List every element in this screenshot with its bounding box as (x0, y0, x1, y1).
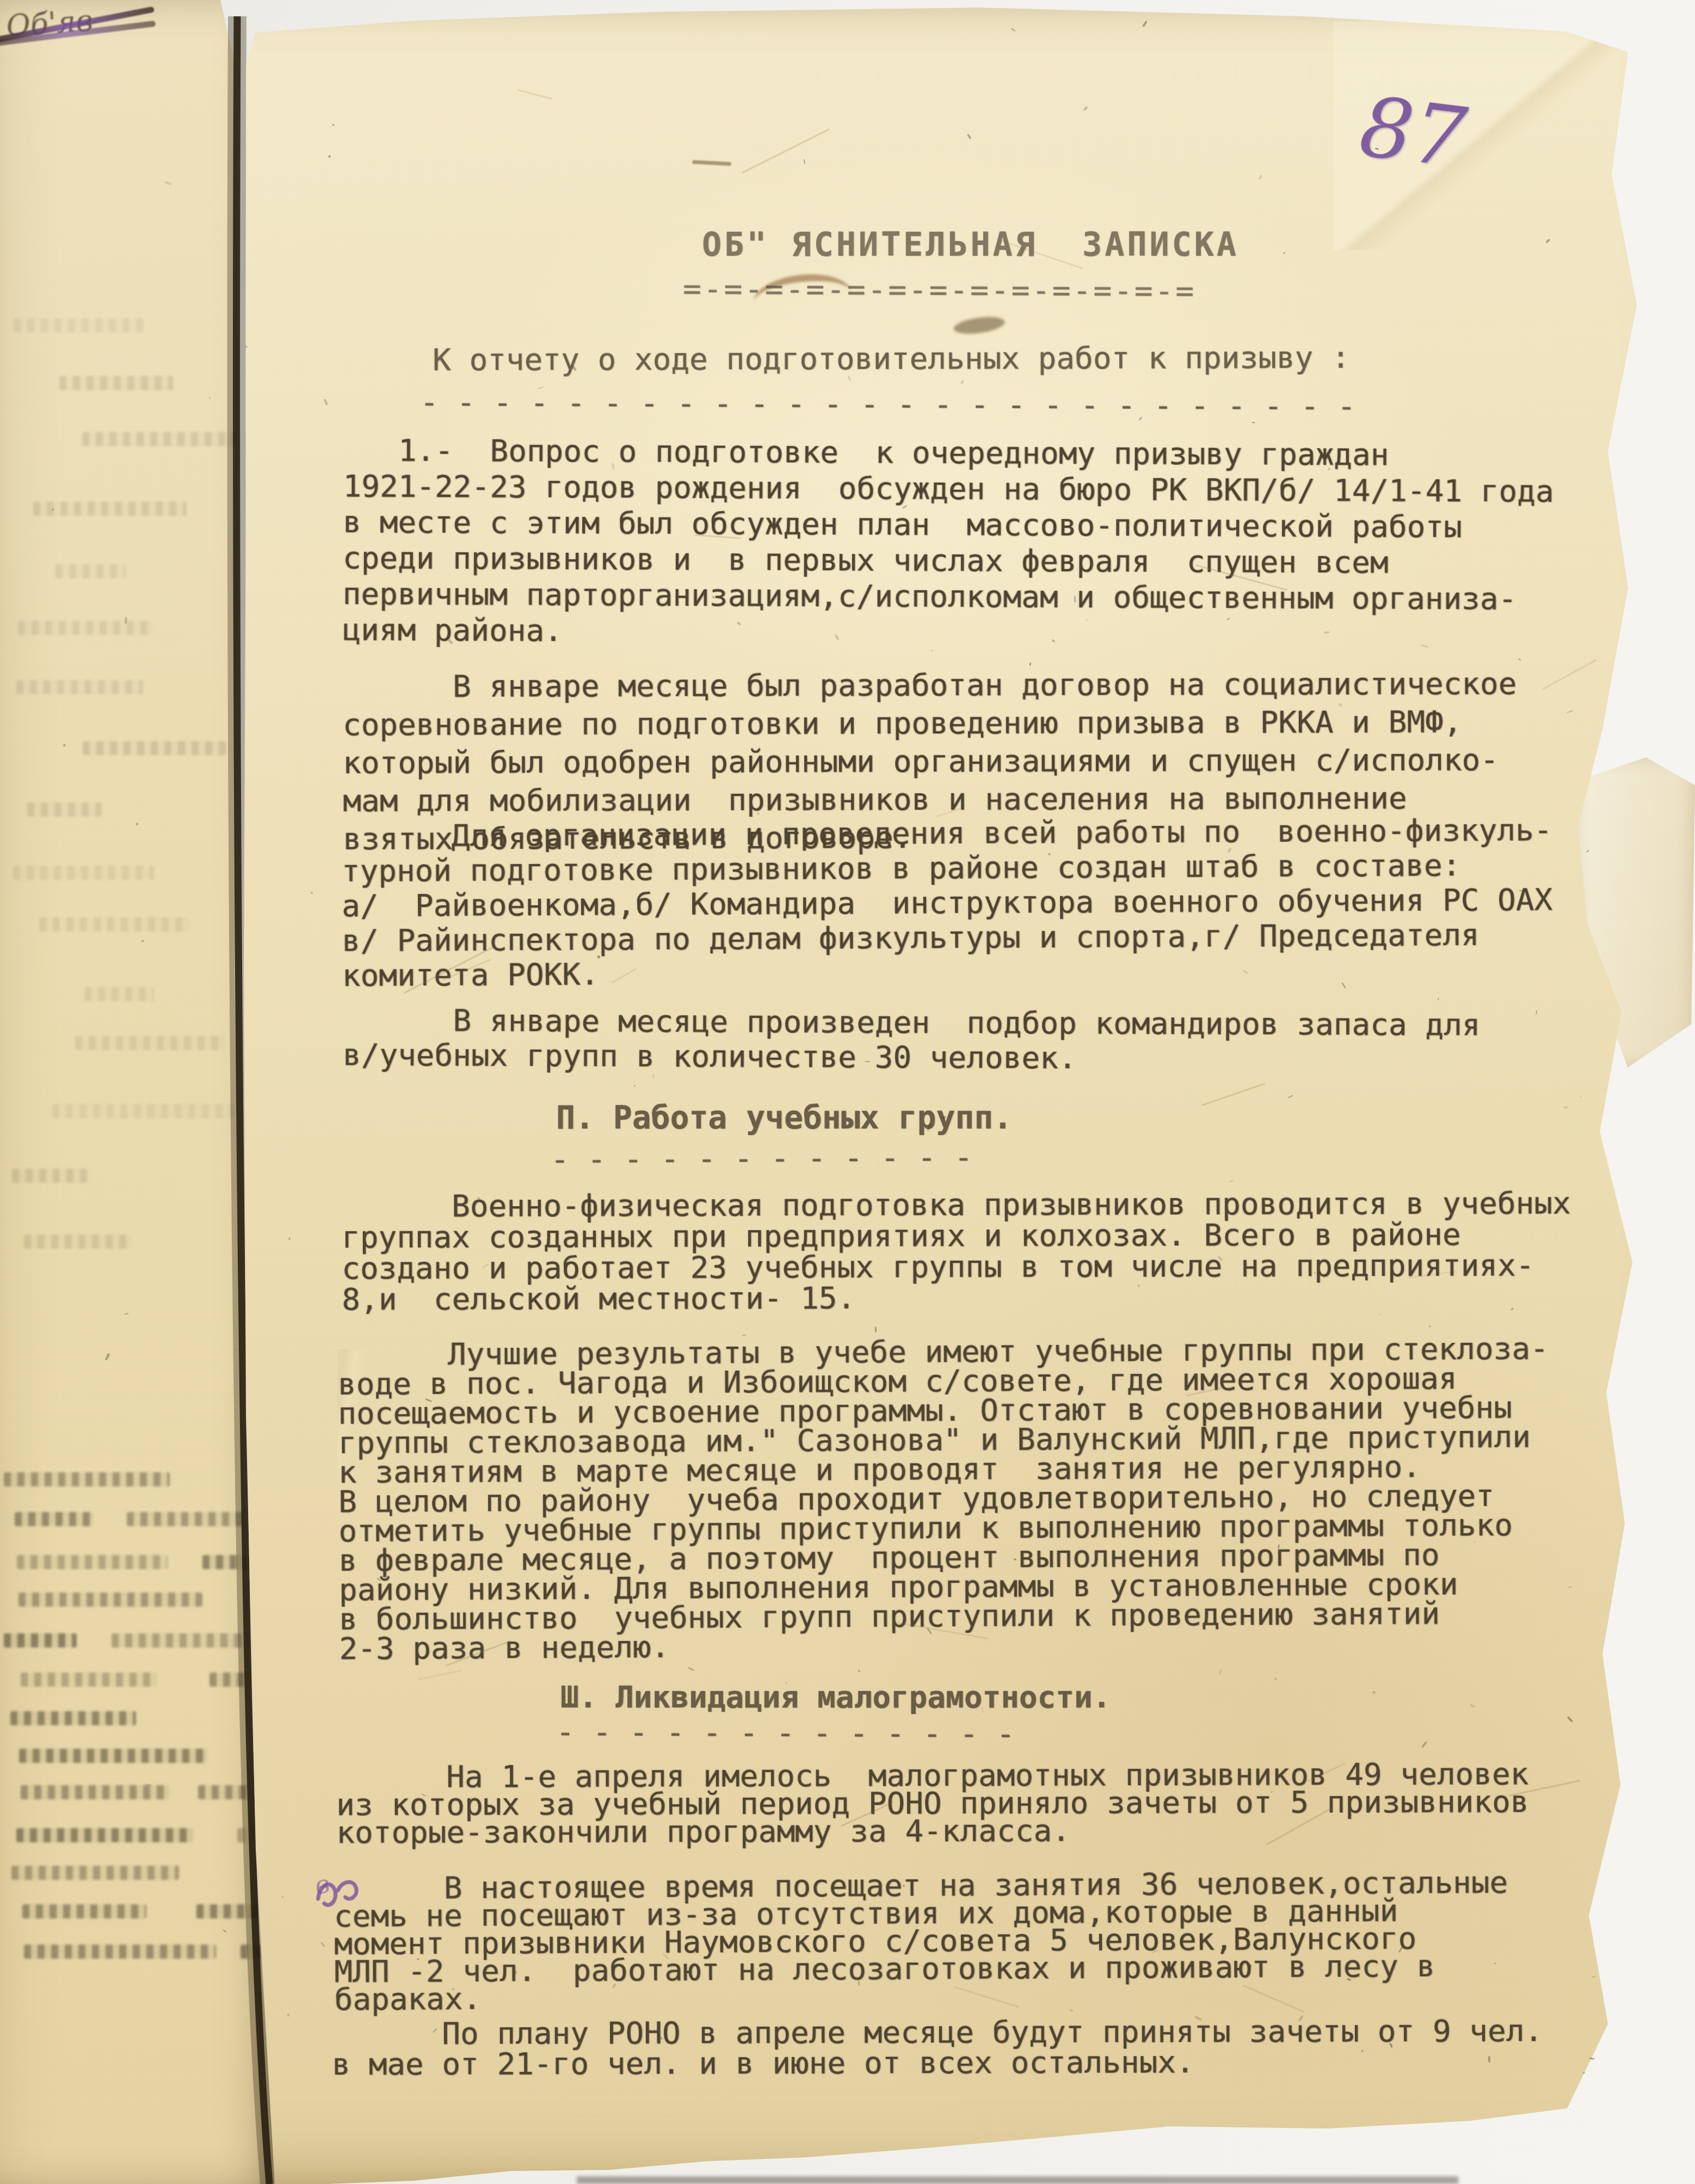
section-3-underline: - - - - - - - - - - - - - (556, 1715, 1015, 1752)
paragraph-1: 1.- Вопрос о подготовке к очередному при… (342, 433, 1554, 653)
paragraph-9: По плану РОНО в апреле месяце будут прин… (332, 2016, 1543, 2080)
section-2-underline: - - - - - - - - - - - - (551, 1140, 973, 1177)
paragraph-5: Военно-физическая подготовка призывников… (342, 1188, 1571, 1315)
paragraph-6: Лучшие результаты в учебе имеют учебные … (337, 1334, 1550, 1664)
photo-scene: 87 Об'яв ОБ" ЯСНИТЕЛЬНАЯ ЗАПИСКА =-=-=-=… (0, 0, 1695, 2184)
document-title: ОБ" ЯСНИТЕЛЬНАЯ ЗАПИСКА (702, 227, 1239, 262)
left-page (0, 0, 283, 2184)
subtitle-underline: - - - - - - - - - - - - - - - - - - - - … (420, 385, 1356, 424)
margin-correction-mark: в (309, 1856, 387, 1925)
title-underline: =-=-=-=-=-=-=-=-=-=-=-=-= (683, 272, 1196, 309)
paragraph-8: В настоящее время посещает на занятия 36… (334, 1868, 1508, 2013)
photo-edge-shadow (577, 2176, 1458, 2184)
paragraph-3: Для организации и проведения всей работы… (341, 813, 1553, 994)
handwritten-page-number: 87 (1355, 85, 1470, 180)
paragraph-7: На 1-е апреля имелось малограмотных приз… (336, 1760, 1529, 1847)
document-subtitle: К отчету о ходе подготовительных работ к… (433, 341, 1350, 378)
section-3-heading: Ш. Ликвидация малограмотности. (560, 1680, 1111, 1715)
paragraph-4: В январе месяце произведен подбор команд… (343, 1003, 1481, 1077)
